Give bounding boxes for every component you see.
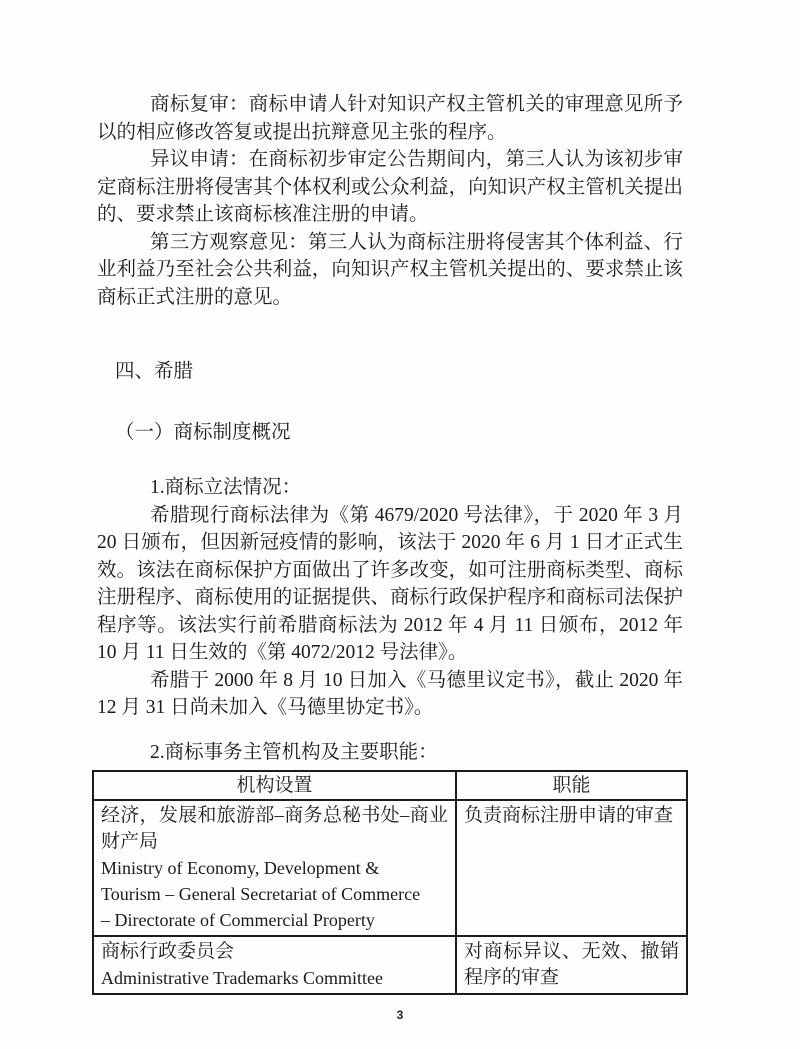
document-page: 商标复审：商标申请人针对知识产权主管机关的审理意见所予以的相应修改答复或提出抗辩… (0, 0, 800, 1049)
table-cell-function: 对商标异议、无效、撤销程序的审查 (456, 936, 687, 994)
table-cell-function: 负责商标注册申请的审查 (456, 800, 687, 936)
org-name-en-line: – Directorate of Commercial Property (101, 907, 448, 933)
table-cell-organization: 经济，发展和旅游部–商务总秘书处–商业财产局 Ministry of Econo… (93, 800, 456, 936)
paragraph-current-trademark-law: 希腊现行商标法律为《第 4679/2020 号法律》，于 2020 年 3 月 … (97, 502, 683, 667)
table-header-function: 职能 (456, 771, 687, 800)
paragraph-trademark-review: 商标复审：商标申请人针对知识产权主管机关的审理意见所予以的相应修改答复或提出抗辩… (97, 91, 683, 146)
org-name-en-line: Administrative Trademarks Committee (101, 965, 448, 991)
org-name-en-line: Tourism – General Secretariat of Commerc… (101, 881, 448, 907)
table-header-row: 机构设置 职能 (93, 771, 687, 800)
document-body: 商标复审：商标申请人针对知识产权主管机关的审理意见所予以的相应修改答复或提出抗辩… (97, 91, 683, 995)
paragraph-madrid-protocol: 希腊于 2000 年 8 月 10 日加入《马德里议定书》，截止 2020 年 … (97, 667, 683, 722)
page-number: 3 (0, 1008, 800, 1022)
item-heading-legislation: 1.商标立法情况： (97, 474, 683, 502)
authority-table: 机构设置 职能 经济，发展和旅游部–商务总秘书处–商业财产局 Ministry … (92, 770, 688, 995)
paragraph-opposition-application: 异议申请：在商标初步审定公告期间内，第三人认为该初步审定商标注册将侵害其个体权利… (97, 146, 683, 229)
table-header-organization: 机构设置 (93, 771, 456, 800)
paragraph-third-party-observation: 第三方观察意见：第三人认为商标注册将侵害其个体利益、行业利益乃至社会公共利益，向… (97, 229, 683, 312)
org-name-zh: 经济，发展和旅游部–商务总秘书处–商业财产局 (101, 803, 448, 855)
org-name-zh: 商标行政委员会 (101, 939, 448, 965)
table-cell-organization: 商标行政委员会 Administrative Trademarks Commit… (93, 936, 456, 994)
subsection-heading-trademark-system-overview: （一）商标制度概况 (115, 419, 683, 447)
table-row: 经济，发展和旅游部–商务总秘书处–商业财产局 Ministry of Econo… (93, 800, 687, 936)
item-heading-authority-functions: 2.商标事务主管机构及主要职能： (97, 739, 683, 767)
section-heading-greece: 四、希腊 (115, 358, 683, 386)
table-row: 商标行政委员会 Administrative Trademarks Commit… (93, 936, 687, 994)
org-name-en-line: Ministry of Economy, Development & (101, 855, 448, 881)
